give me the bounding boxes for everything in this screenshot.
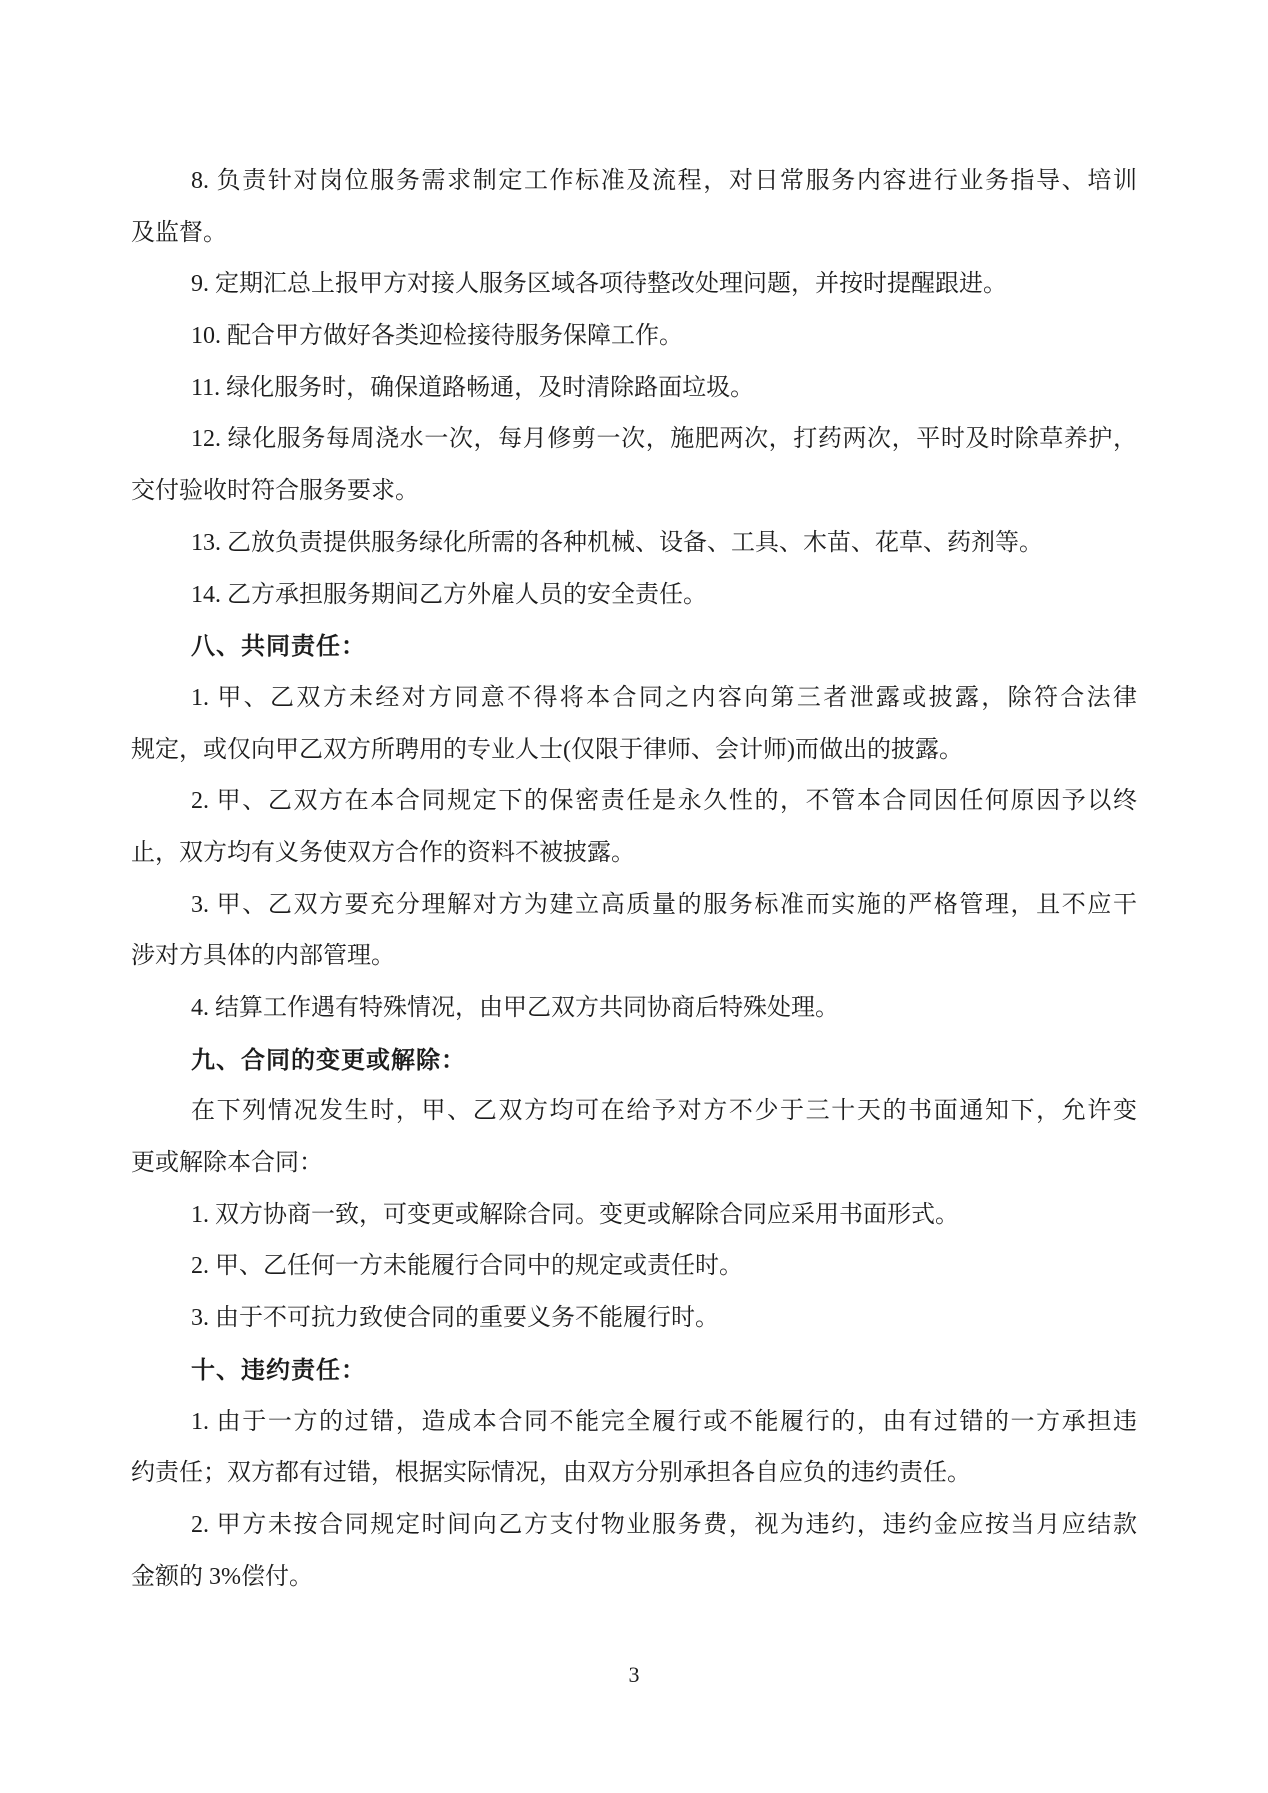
text-line: 9. 定期汇总上报甲方对接人服务区域各项待整改处理问题，并按时提醒跟进。 (131, 259, 1137, 311)
section-heading: 八、共同责任： (131, 621, 1137, 673)
text-line: 2. 甲、乙双方在本合同规定下的保密责任是永久性的，不管本合同因任何原因予以终 (131, 776, 1137, 828)
text-line: 及监督。 (131, 208, 1137, 260)
paragraph: 14. 乙方承担服务期间乙方外雇人员的安全责任。 (131, 570, 1137, 622)
paragraph: 11. 绿化服务时，确保道路畅通，及时清除路面垃圾。 (131, 363, 1137, 415)
text-line: 1. 双方协商一致，可变更或解除合同。变更或解除合同应采用书面形式。 (131, 1190, 1137, 1242)
text-line: 约责任；双方都有过错，根据实际情况，由双方分别承担各自应负的违约责任。 (131, 1448, 1137, 1500)
text-line: 13. 乙放负责提供服务绿化所需的各种机械、设备、工具、木苗、花草、药剂等。 (131, 518, 1137, 570)
paragraph: 1. 双方协商一致，可变更或解除合同。变更或解除合同应采用书面形式。 (131, 1190, 1137, 1242)
paragraph: 2. 甲方未按合同规定时间向乙方支付物业服务费，视为违约，违约金应按当月应结款金… (131, 1500, 1137, 1603)
paragraph: 在下列情况发生时，甲、乙双方均可在给予对方不少于三十天的书面通知下，允许变更或解… (131, 1086, 1137, 1189)
paragraph: 8. 负责针对岗位服务需求制定工作标准及流程，对日常服务内容进行业务指导、培训及… (131, 156, 1137, 259)
text-line: 涉对方具体的内部管理。 (131, 931, 1137, 983)
paragraph: 13. 乙放负责提供服务绿化所需的各种机械、设备、工具、木苗、花草、药剂等。 (131, 518, 1137, 570)
text-line: 4. 结算工作遇有特殊情况，由甲乙双方共同协商后特殊处理。 (131, 983, 1137, 1035)
text-line: 规定，或仅向甲乙双方所聘用的专业人士(仅限于律师、会计师)而做出的披露。 (131, 725, 1137, 777)
paragraph: 12. 绿化服务每周浇水一次，每月修剪一次，施肥两次，打药两次，平时及时除草养护… (131, 414, 1137, 517)
text-line: 3. 甲、乙双方要充分理解对方为建立高质量的服务标准而实施的严格管理，且不应干 (131, 880, 1137, 932)
text-line: 更或解除本合同： (131, 1138, 1137, 1190)
text-line: 8. 负责针对岗位服务需求制定工作标准及流程，对日常服务内容进行业务指导、培训 (131, 156, 1137, 208)
text-line: 14. 乙方承担服务期间乙方外雇人员的安全责任。 (131, 570, 1137, 622)
paragraph: 1. 由于一方的过错，造成本合同不能完全履行或不能履行的，由有过错的一方承担违约… (131, 1397, 1137, 1500)
text-line: 九、合同的变更或解除： (131, 1035, 1137, 1087)
text-line: 12. 绿化服务每周浇水一次，每月修剪一次，施肥两次，打药两次，平时及时除草养护… (131, 414, 1137, 466)
paragraph: 3. 由于不可抗力致使合同的重要义务不能履行时。 (131, 1293, 1137, 1345)
document-body: 8. 负责针对岗位服务需求制定工作标准及流程，对日常服务内容进行业务指导、培训及… (131, 156, 1137, 1603)
text-line: 1. 由于一方的过错，造成本合同不能完全履行或不能履行的，由有过错的一方承担违 (131, 1397, 1137, 1449)
text-line: 2. 甲方未按合同规定时间向乙方支付物业服务费，视为违约，违约金应按当月应结款 (131, 1500, 1137, 1552)
paragraph: 2. 甲、乙任何一方未能履行合同中的规定或责任时。 (131, 1241, 1137, 1293)
text-line: 2. 甲、乙任何一方未能履行合同中的规定或责任时。 (131, 1241, 1137, 1293)
page-number: 3 (0, 1660, 1268, 1690)
section-heading: 九、合同的变更或解除： (131, 1035, 1137, 1087)
paragraph: 1. 甲、乙双方未经对方同意不得将本合同之内容向第三者泄露或披露，除符合法律规定… (131, 673, 1137, 776)
text-line: 10. 配合甲方做好各类迎检接待服务保障工作。 (131, 311, 1137, 363)
text-line: 止，双方均有义务使双方合作的资料不被披露。 (131, 828, 1137, 880)
text-line: 十、违约责任： (131, 1345, 1137, 1397)
paragraph: 2. 甲、乙双方在本合同规定下的保密责任是永久性的，不管本合同因任何原因予以终止… (131, 776, 1137, 879)
text-line: 1. 甲、乙双方未经对方同意不得将本合同之内容向第三者泄露或披露，除符合法律 (131, 673, 1137, 725)
paragraph: 4. 结算工作遇有特殊情况，由甲乙双方共同协商后特殊处理。 (131, 983, 1137, 1035)
text-line: 八、共同责任： (131, 621, 1137, 673)
paragraph: 3. 甲、乙双方要充分理解对方为建立高质量的服务标准而实施的严格管理，且不应干涉… (131, 880, 1137, 983)
text-line: 交付验收时符合服务要求。 (131, 466, 1137, 518)
section-heading: 十、违约责任： (131, 1345, 1137, 1397)
text-line: 3. 由于不可抗力致使合同的重要义务不能履行时。 (131, 1293, 1137, 1345)
text-line: 金额的 3%偿付。 (131, 1552, 1137, 1604)
text-line: 11. 绿化服务时，确保道路畅通，及时清除路面垃圾。 (131, 363, 1137, 415)
paragraph: 10. 配合甲方做好各类迎检接待服务保障工作。 (131, 311, 1137, 363)
paragraph: 9. 定期汇总上报甲方对接人服务区域各项待整改处理问题，并按时提醒跟进。 (131, 259, 1137, 311)
text-line: 在下列情况发生时，甲、乙双方均可在给予对方不少于三十天的书面通知下，允许变 (131, 1086, 1137, 1138)
document-page: 8. 负责针对岗位服务需求制定工作标准及流程，对日常服务内容进行业务指导、培训及… (0, 0, 1268, 1793)
